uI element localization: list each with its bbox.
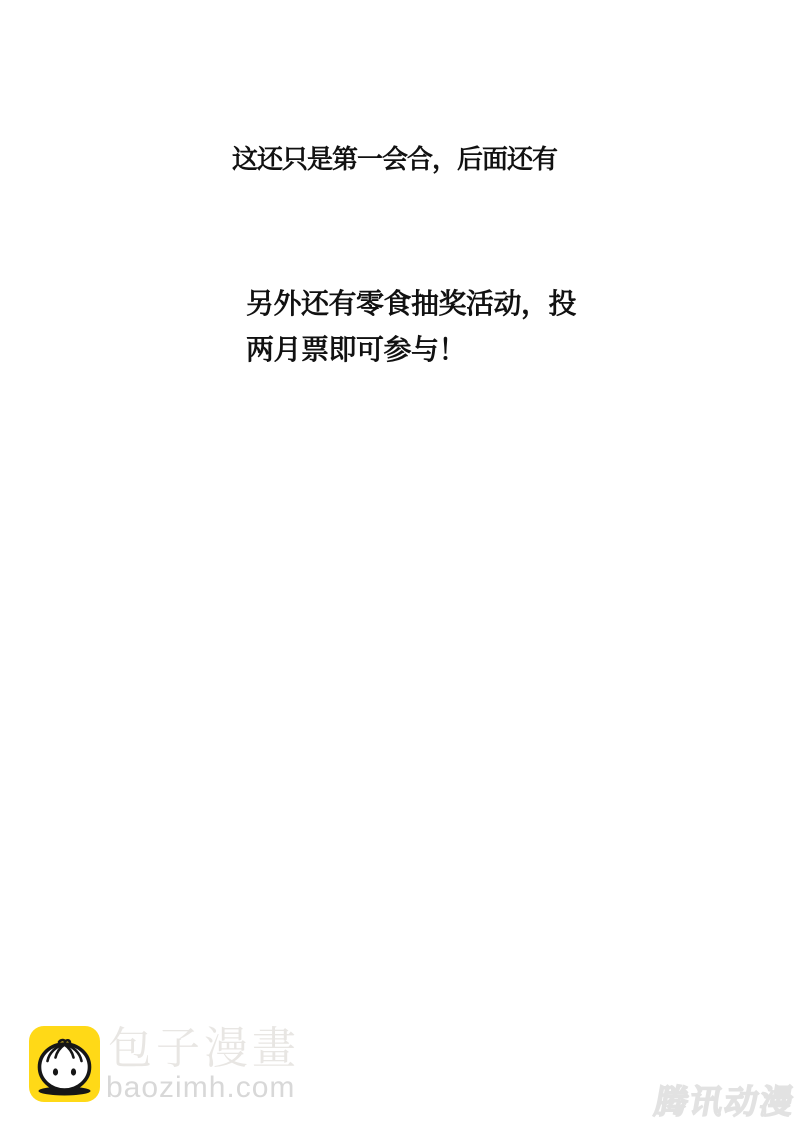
baozi-bun-icon — [29, 1026, 100, 1102]
caption-text-1: 这还只是第一会合，后面还有 — [232, 144, 557, 174]
comic-page: 这还只是第一会合，后面还有 另外还有零食抽奖活动，投 两月票即可参与！ 包子漫畫… — [0, 0, 800, 1132]
caption-text-2-line-1: 另外还有零食抽奖活动，投 — [246, 281, 576, 327]
caption-text-2-line-2: 两月票即可参与！ — [246, 327, 576, 373]
site-name-watermark: 包子漫畫 — [108, 1024, 300, 1074]
publisher-watermark: 腾讯动漫 — [652, 1083, 799, 1121]
site-domain-watermark: baozimh.com — [106, 1072, 295, 1104]
caption-text-2: 另外还有零食抽奖活动，投 两月票即可参与！ — [246, 281, 576, 373]
